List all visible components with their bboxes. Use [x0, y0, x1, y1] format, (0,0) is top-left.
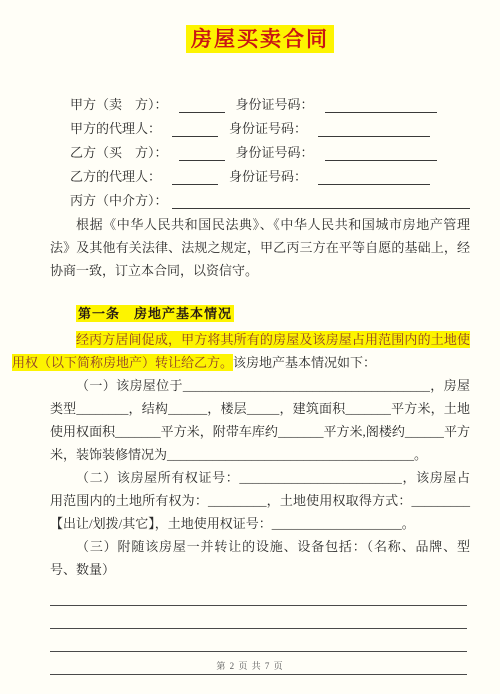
party-row-seller: 甲方（卖 方）：身份证号码：: [70, 93, 470, 117]
id-blank-field: [318, 171, 430, 185]
blank-line: [50, 606, 467, 629]
id-label: 身份证号码：: [229, 117, 307, 141]
id-blank-field: [318, 123, 430, 137]
article1-item2: （二）该房屋所有权证号：_________________________，该房…: [50, 466, 470, 535]
party-label: 乙方（买 方）：: [70, 141, 168, 165]
page-footer: 第 2 页 共 7 页: [0, 659, 500, 672]
party-label: 甲方的代理人：: [70, 117, 161, 141]
id-blank-field: [325, 147, 437, 161]
id-blank-field: [325, 99, 437, 113]
contract-page: 房屋买卖合同 甲方（卖 方）：身份证号码： 甲方的代理人：身份证号码： 乙方（买…: [0, 0, 500, 694]
intro-paragraph: 根据《中华人民共和国民法典》、《中华人民共和国城市房地产管理法》及其他有关法律、…: [50, 213, 470, 282]
intermediary-blank-field: [172, 195, 470, 209]
blank-line: [50, 583, 467, 606]
id-label: 身份证号码：: [236, 141, 314, 165]
party-label: 乙方的代理人：: [70, 165, 161, 189]
party-row-buyer: 乙方（买 方）：身份证号码：: [70, 141, 470, 165]
party-row-intermediary: 丙方（中介方）：: [70, 189, 470, 213]
name-blank-field: [179, 147, 225, 161]
name-blank-field: [172, 123, 218, 137]
article1-item3: （三）附随该房屋一并转让的设施、设备包括：（名称、品牌、型号、数量）: [50, 535, 470, 581]
article1-heading: 第一条 房地产基本情况: [76, 305, 234, 322]
parties-section: 甲方（卖 方）：身份证号码： 甲方的代理人：身份证号码： 乙方（买 方）：身份证…: [50, 93, 470, 213]
article1-heading-row: 第一条 房地产基本情况: [50, 302, 470, 325]
blank-line: [50, 629, 467, 652]
party-label: 丙方（中介方）：: [70, 189, 168, 213]
id-label: 身份证号码：: [229, 165, 307, 189]
article1-lead-paragraph: 经丙方居间促成，甲方将其所有的房屋及该房屋占用范围内的土地使用权（以下简称房地产…: [12, 328, 470, 374]
article1-item1: （一）该房屋位于________________________________…: [50, 374, 470, 466]
id-label: 身份证号码：: [236, 93, 314, 117]
name-blank-field: [179, 99, 225, 113]
lead-tail-text: 该房地产基本情况如下：: [233, 355, 376, 370]
party-row-buyer-agent: 乙方的代理人：身份证号码：: [70, 165, 470, 189]
party-row-seller-agent: 甲方的代理人：身份证号码：: [70, 117, 470, 141]
page-title: 房屋买卖合同: [186, 25, 334, 53]
name-blank-field: [172, 171, 218, 185]
title-row: 房屋买卖合同: [50, 24, 470, 57]
party-label: 甲方（卖 方）：: [70, 93, 168, 117]
